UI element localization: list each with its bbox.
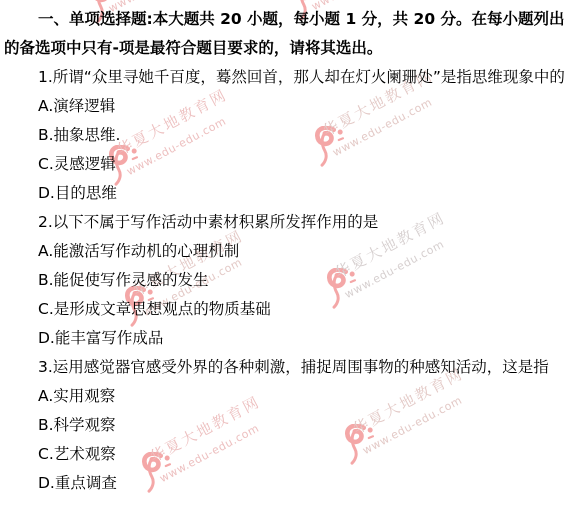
question-3-option-d: D.重点调查 — [4, 469, 566, 498]
section-header: 一、单项选择题:本大题共 20 小题，每小题 1 分，共 20 分。在每小题列出… — [4, 5, 566, 63]
question-2-option-d: D.能丰富写作成品 — [4, 324, 566, 353]
exam-content: 一、单项选择题:本大题共 20 小题，每小题 1 分，共 20 分。在每小题列出… — [0, 0, 568, 498]
question-3-option-b: B.科学观察 — [4, 411, 566, 440]
exam-page: 华夏大地教育网 www.edu-edu.com 华夏大地教育网 www.edu-… — [0, 0, 568, 520]
question-1-option-c: C.灵感逻辑 — [4, 150, 566, 179]
question-1-stem: 1.所谓“众里寻她千百度，蓦然回首，那人却在灯火阑珊处”是指思维现象中的 — [4, 63, 566, 92]
question-1-option-a: A.演绎逻辑 — [4, 92, 566, 121]
question-3-stem: 3.运用感觉器官感受外界的各种刺激，捕捉周围事物的种感知活动，这是指 — [4, 353, 566, 382]
question-1-option-b: B.抽象思维. — [4, 121, 566, 150]
question-2-stem: 2.以下不属于写作活动中素材积累所发挥作用的是 — [4, 208, 566, 237]
question-2-option-c: C.是形成文章思想观点的物质基础 — [4, 295, 566, 324]
question-3-option-c: C.艺术观察 — [4, 440, 566, 469]
question-2-option-a: A.能激活写作动机的心理机制 — [4, 237, 566, 266]
question-2-option-b: B.能促使写作灵感的发生 — [4, 266, 566, 295]
question-3-option-a: A.实用观察 — [4, 382, 566, 411]
question-1-option-d: D.目的思维 — [4, 179, 566, 208]
